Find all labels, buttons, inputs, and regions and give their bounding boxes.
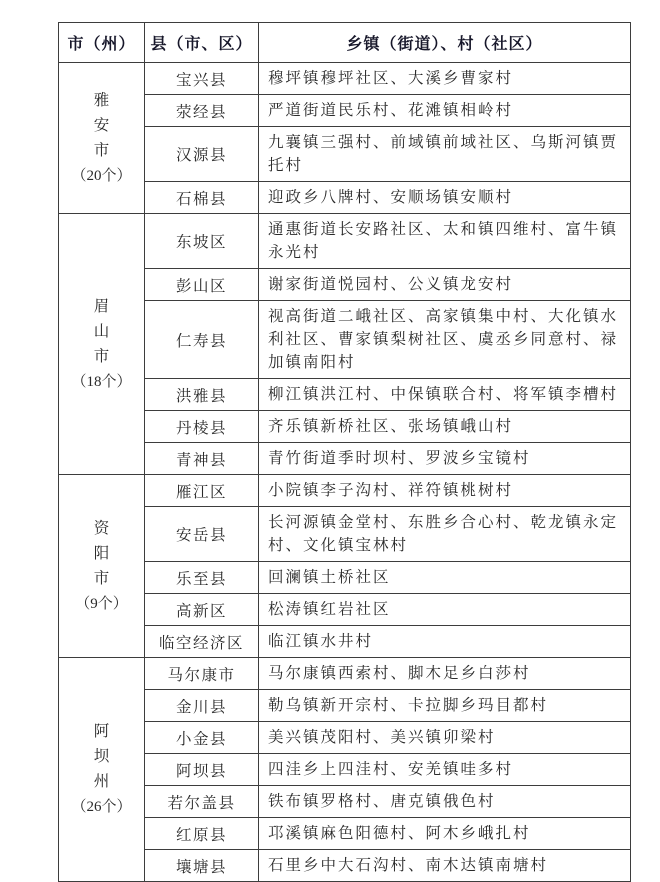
city-name-char: 坝: [61, 744, 142, 769]
table-row: 红原县邛溪镇麻色阳德村、阿木乡峨扎村: [59, 818, 631, 850]
table-row: 汉源县九襄镇三强村、前域镇前域社区、乌斯河镇贾托村: [59, 127, 631, 182]
table-row: 彭山区谢家街道悦园村、公义镇龙安村: [59, 269, 631, 301]
table-header: 市（州） 县（市、区） 乡镇（街道）、村（社区）: [59, 23, 631, 63]
city-cell: 眉山市（18个）: [59, 214, 145, 475]
villages-cell: 临江镇水井村: [259, 626, 631, 658]
table-row: 资阳市（9个）雁江区小院镇李子沟村、祥符镇桃树村: [59, 475, 631, 507]
county-cell: 安岳县: [145, 507, 259, 562]
villages-cell: 通惠街道长安路社区、太和镇四维村、富牛镇永光村: [259, 214, 631, 269]
city-name-char: 阳: [61, 541, 142, 566]
table-row: 眉山市（18个）东坡区通惠街道长安路社区、太和镇四维村、富牛镇永光村: [59, 214, 631, 269]
villages-cell: 松涛镇红岩社区: [259, 594, 631, 626]
county-cell: 乐至县: [145, 562, 259, 594]
villages-cell: 长河源镇金堂村、东胜乡合心村、乾龙镇永定村、文化镇宝林村: [259, 507, 631, 562]
county-cell: 金川县: [145, 690, 259, 722]
county-cell: 壤塘县: [145, 850, 259, 882]
villages-cell: 九襄镇三强村、前域镇前域社区、乌斯河镇贾托村: [259, 127, 631, 182]
table-body: 雅安市（20个）宝兴县穆坪镇穆坪社区、大溪乡曹家村荥经县严道街道民乐村、花滩镇相…: [59, 63, 631, 882]
villages-cell: 严道街道民乐村、花滩镇相岭村: [259, 95, 631, 127]
table-row: 阿坝县四洼乡上四洼村、安羌镇哇多村: [59, 754, 631, 786]
city-cell: 资阳市（9个）: [59, 475, 145, 658]
villages-cell: 邛溪镇麻色阳德村、阿木乡峨扎村: [259, 818, 631, 850]
city-count: （26个）: [61, 795, 142, 820]
header-villages: 乡镇（街道）、村（社区）: [259, 23, 631, 63]
table-row: 临空经济区临江镇水井村: [59, 626, 631, 658]
city-count: （20个）: [61, 164, 142, 189]
county-cell: 洪雅县: [145, 379, 259, 411]
table-row: 乐至县回澜镇土桥社区: [59, 562, 631, 594]
villages-cell: 铁布镇罗格村、唐克镇俄色村: [259, 786, 631, 818]
city-cell: 雅安市（20个）: [59, 63, 145, 214]
city-name-char: 市: [61, 138, 142, 163]
city-name-char: 市: [61, 566, 142, 591]
table-row: 丹棱县齐乐镇新桥社区、张场镇峨山村: [59, 411, 631, 443]
county-cell: 小金县: [145, 722, 259, 754]
county-cell: 若尔盖县: [145, 786, 259, 818]
table-row: 小金县美兴镇茂阳村、美兴镇卯梁村: [59, 722, 631, 754]
villages-cell: 迎政乡八牌村、安顺场镇安顺村: [259, 182, 631, 214]
city-name-char: 眉: [61, 294, 142, 319]
city-count: （9个）: [61, 592, 142, 617]
county-cell: 雁江区: [145, 475, 259, 507]
table-row: 仁寿县视高街道二峨社区、高家镇集中村、大化镇水利社区、曹家镇梨树社区、虞丞乡同意…: [59, 301, 631, 379]
city-name-char: 州: [61, 769, 142, 794]
city-count: （18个）: [61, 370, 142, 395]
region-village-table: 市（州） 县（市、区） 乡镇（街道）、村（社区） 雅安市（20个）宝兴县穆坪镇穆…: [58, 22, 631, 882]
county-cell: 石棉县: [145, 182, 259, 214]
villages-cell: 视高街道二峨社区、高家镇集中村、大化镇水利社区、曹家镇梨树社区、虞丞乡同意村、禄…: [259, 301, 631, 379]
table-row: 石棉县迎政乡八牌村、安顺场镇安顺村: [59, 182, 631, 214]
table-row: 荥经县严道街道民乐村、花滩镇相岭村: [59, 95, 631, 127]
table-row: 安岳县长河源镇金堂村、东胜乡合心村、乾龙镇永定村、文化镇宝林村: [59, 507, 631, 562]
city-name-char: 雅: [61, 88, 142, 113]
county-cell: 荥经县: [145, 95, 259, 127]
villages-cell: 回澜镇土桥社区: [259, 562, 631, 594]
county-cell: 马尔康市: [145, 658, 259, 690]
city-name-char: 安: [61, 113, 142, 138]
city-name-char: 资: [61, 516, 142, 541]
table-row: 雅安市（20个）宝兴县穆坪镇穆坪社区、大溪乡曹家村: [59, 63, 631, 95]
table-row: 洪雅县柳江镇洪江村、中保镇联合村、将军镇李槽村: [59, 379, 631, 411]
villages-cell: 四洼乡上四洼村、安羌镇哇多村: [259, 754, 631, 786]
villages-cell: 青竹街道季时坝村、罗波乡宝镜村: [259, 443, 631, 475]
villages-cell: 谢家街道悦园村、公义镇龙安村: [259, 269, 631, 301]
table-row: 阿坝州（26个）马尔康市马尔康镇西索村、脚木足乡白莎村: [59, 658, 631, 690]
villages-cell: 齐乐镇新桥社区、张场镇峨山村: [259, 411, 631, 443]
county-cell: 青神县: [145, 443, 259, 475]
table-row: 青神县青竹街道季时坝村、罗波乡宝镜村: [59, 443, 631, 475]
header-row: 市（州） 县（市、区） 乡镇（街道）、村（社区）: [59, 23, 631, 63]
header-city: 市（州）: [59, 23, 145, 63]
city-cell: 阿坝州（26个）: [59, 658, 145, 882]
villages-cell: 小院镇李子沟村、祥符镇桃树村: [259, 475, 631, 507]
city-name-char: 阿: [61, 719, 142, 744]
header-county: 县（市、区）: [145, 23, 259, 63]
table-row: 若尔盖县铁布镇罗格村、唐克镇俄色村: [59, 786, 631, 818]
county-cell: 仁寿县: [145, 301, 259, 379]
table-row: 高新区松涛镇红岩社区: [59, 594, 631, 626]
city-name-char: 市: [61, 344, 142, 369]
county-cell: 红原县: [145, 818, 259, 850]
county-cell: 阿坝县: [145, 754, 259, 786]
city-name-char: 山: [61, 319, 142, 344]
county-cell: 东坡区: [145, 214, 259, 269]
villages-cell: 美兴镇茂阳村、美兴镇卯梁村: [259, 722, 631, 754]
table-row: 壤塘县石里乡中大石沟村、南木达镇南塘村: [59, 850, 631, 882]
villages-cell: 穆坪镇穆坪社区、大溪乡曹家村: [259, 63, 631, 95]
villages-cell: 勒乌镇新开宗村、卡拉脚乡玛目都村: [259, 690, 631, 722]
county-cell: 丹棱县: [145, 411, 259, 443]
county-cell: 宝兴县: [145, 63, 259, 95]
villages-cell: 石里乡中大石沟村、南木达镇南塘村: [259, 850, 631, 882]
county-cell: 高新区: [145, 594, 259, 626]
villages-cell: 柳江镇洪江村、中保镇联合村、将军镇李槽村: [259, 379, 631, 411]
table-row: 金川县勒乌镇新开宗村、卡拉脚乡玛目都村: [59, 690, 631, 722]
county-cell: 临空经济区: [145, 626, 259, 658]
county-cell: 彭山区: [145, 269, 259, 301]
villages-cell: 马尔康镇西索村、脚木足乡白莎村: [259, 658, 631, 690]
document-page: 市（州） 县（市、区） 乡镇（街道）、村（社区） 雅安市（20个）宝兴县穆坪镇穆…: [0, 0, 660, 837]
county-cell: 汉源县: [145, 127, 259, 182]
